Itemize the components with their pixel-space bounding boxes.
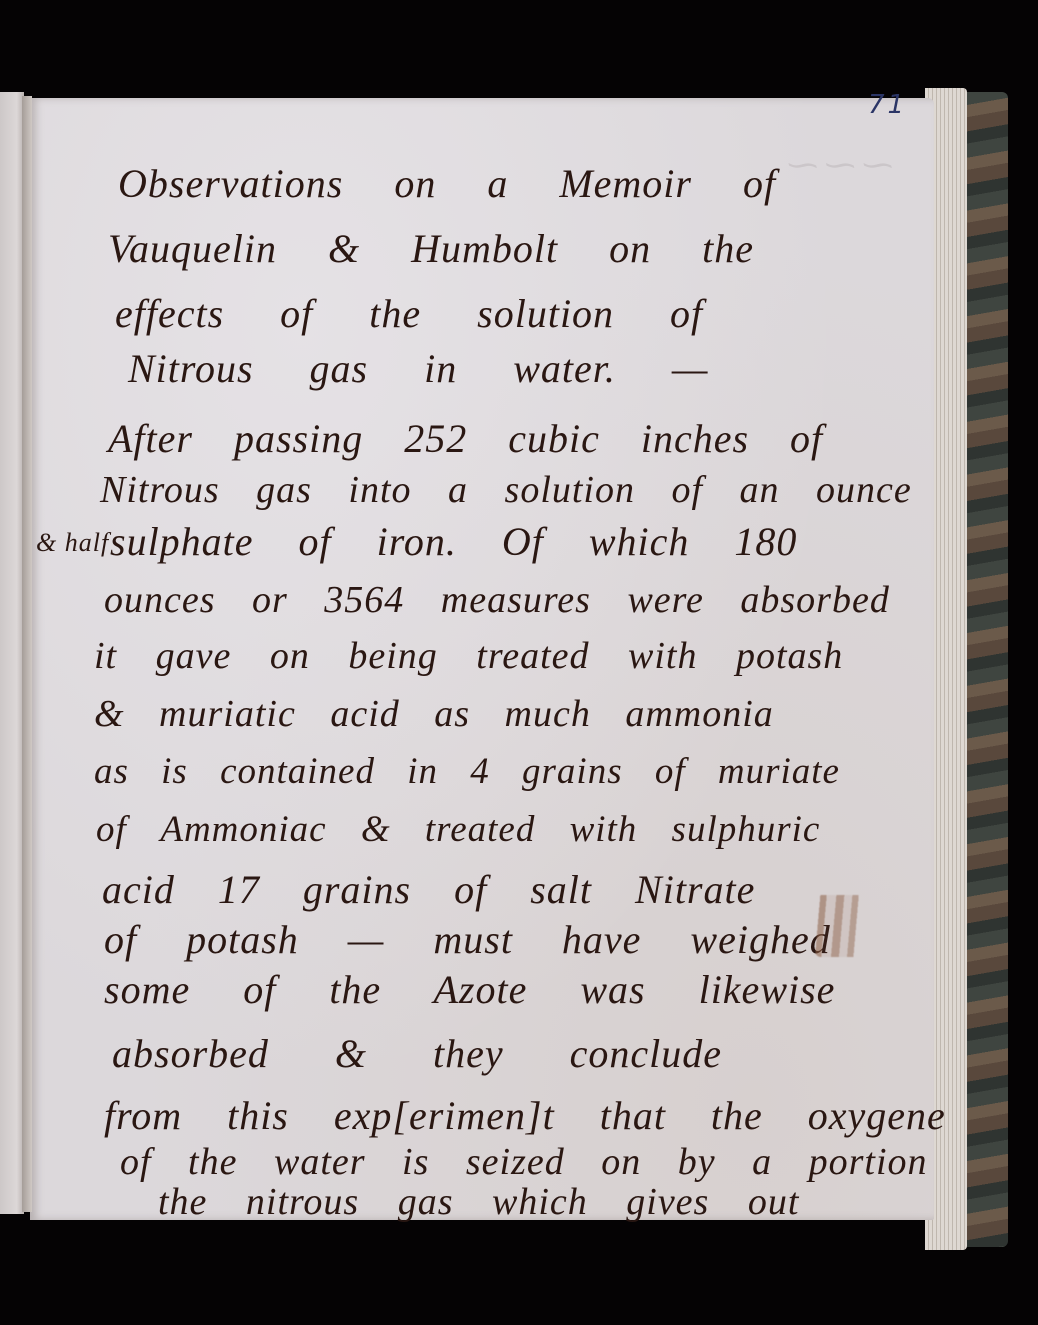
text-line-4: Nitrous gas in water. — bbox=[128, 345, 708, 392]
text-line-15: some of the Azote was likewise bbox=[104, 966, 835, 1013]
book-cover-edge bbox=[960, 92, 1008, 1247]
book-gutter bbox=[22, 96, 32, 1212]
text-line-13: acid 17 grains of salt Nitrate bbox=[102, 866, 755, 913]
text-line-17: from this exp[erimen]t that the oxygene bbox=[104, 1092, 946, 1139]
text-line-12: of Ammoniac & treated with sulphuric bbox=[96, 808, 820, 851]
text-line-8: ounces or 3564 measures were absorbed bbox=[104, 578, 890, 622]
text-line-7: sulphate of iron. Of which 180 bbox=[110, 518, 797, 565]
text-line-18: of the water is seized on by a portion bbox=[120, 1140, 928, 1184]
text-line-14: of potash — must have weighed bbox=[104, 916, 831, 963]
facing-left-page bbox=[0, 92, 24, 1214]
show-through-text: ⁓ ⁓ ⁓ bbox=[790, 148, 895, 183]
margin-note: & half bbox=[36, 528, 109, 558]
text-line-16: absorbed & they conclude bbox=[112, 1030, 722, 1077]
text-line-6: Nitrous gas into a solution of an ounce bbox=[100, 468, 912, 512]
text-line-2: Vauquelin & Humbolt on the bbox=[108, 225, 754, 272]
ink-stain bbox=[815, 895, 863, 957]
text-line-10: & muriatic acid as much ammonia bbox=[94, 692, 774, 736]
text-line-1: Observations on a Memoir of bbox=[118, 160, 776, 207]
text-line-3: effects of the solution of bbox=[115, 290, 703, 337]
text-line-19: the nitrous gas which gives out bbox=[158, 1180, 799, 1224]
text-line-5: After passing 252 cubic inches of bbox=[108, 415, 823, 462]
text-line-11: as is contained in 4 grains of muriate bbox=[94, 750, 840, 793]
text-line-9: it gave on being treated with potash bbox=[94, 634, 843, 678]
page-number: 71 bbox=[868, 90, 907, 120]
